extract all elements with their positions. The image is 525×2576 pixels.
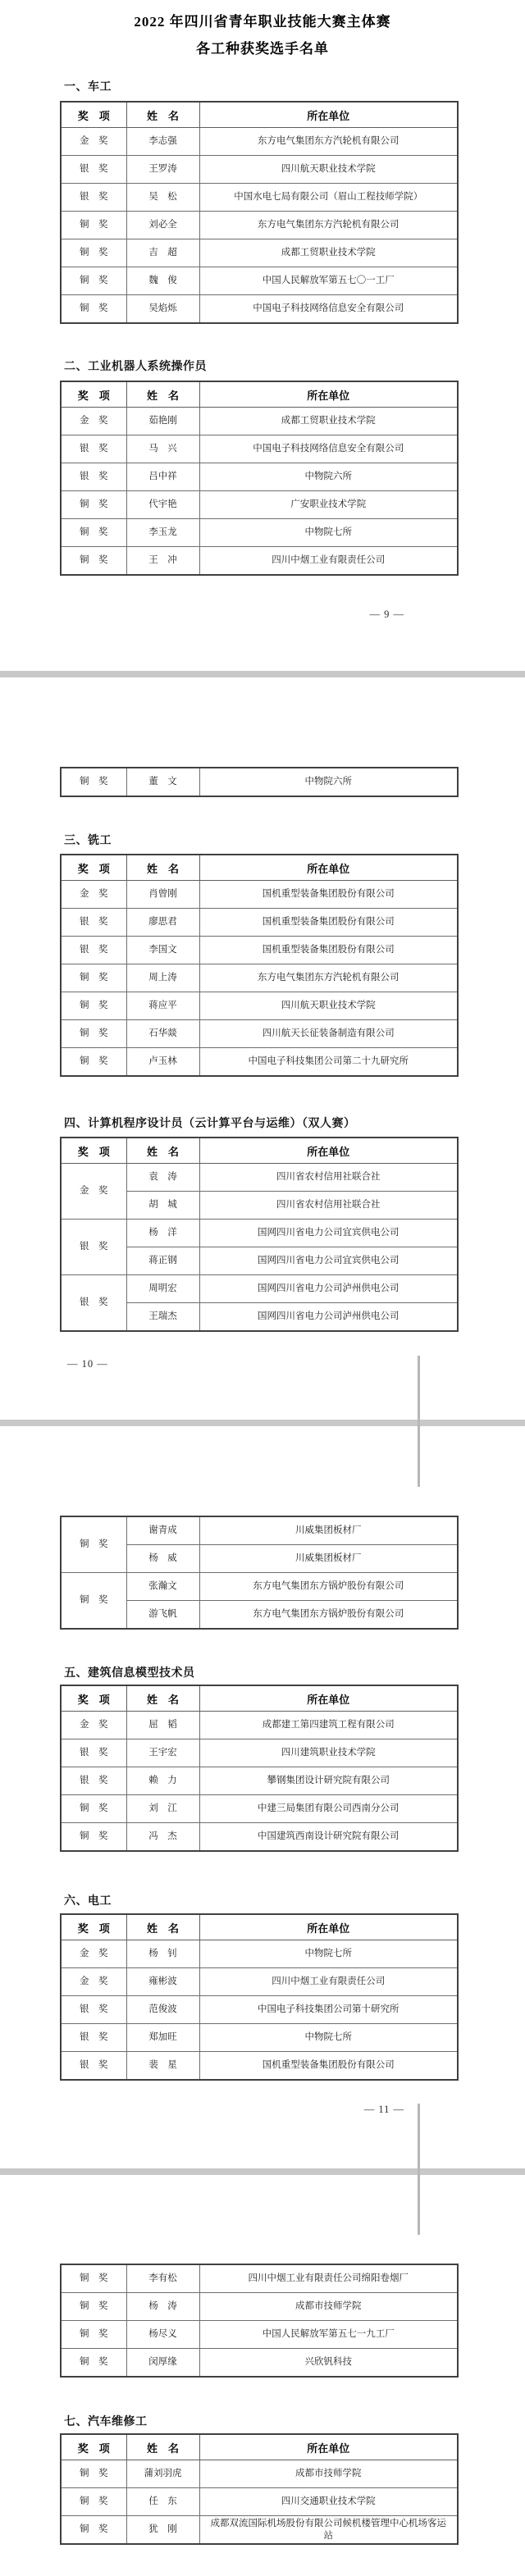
- award-cell: 铜 奖: [61, 239, 126, 267]
- award-cell: 金 奖: [61, 408, 126, 435]
- table-row: 铜 奖吴焰烁中国电子科技网络信息安全有限公司: [61, 295, 458, 324]
- name-cell: 范俊波: [126, 1996, 199, 2024]
- table-row: 金 奖屈 韬成都建工第四建筑工程有限公司: [61, 1712, 458, 1739]
- table-row: 金 奖袁 涛四川省农村信用社联合社: [61, 1164, 458, 1192]
- award-cell: 铜 奖: [61, 964, 126, 992]
- column-header: 姓 名: [126, 102, 199, 128]
- name-cell: 屈 韬: [126, 1712, 199, 1739]
- award-cell: 铜 奖: [61, 2264, 126, 2293]
- table-row: 铜 奖吉 超成都工贸职业技术学院: [61, 239, 458, 267]
- unit-cell: 中国电子科技网络信息安全有限公司: [199, 435, 458, 463]
- awards-table: 奖 项姓 名所在单位金 奖茹艳刚成都工贸职业技术学院银 奖马 兴中国电子科技网络…: [60, 381, 459, 576]
- name-cell: 雍彬波: [126, 1968, 199, 1996]
- name-cell: 任 东: [126, 2488, 199, 2516]
- table-row: 铜 奖杨尽义中国人民解放军第五七一九工厂: [61, 2321, 458, 2349]
- name-cell: 周明宏: [126, 1275, 199, 1303]
- name-cell: 吴焰烁: [126, 295, 199, 324]
- document: 2022 年四川省青年职业技能大赛主体赛各工种获奖选手名单 一、车工奖 项姓 名…: [0, 0, 525, 2576]
- unit-cell: 东方电气集团东方锅炉股份有限公司: [199, 1573, 458, 1601]
- section-heading: 四、计算机程序设计员（云计算平台与运维）（双人赛）: [64, 1117, 525, 1129]
- unit-cell: 东方电气集团东方汽轮机有限公司: [199, 128, 458, 156]
- unit-cell: 攀钢集团设计研究院有限公司: [199, 1767, 458, 1795]
- name-cell: 谢青成: [126, 1516, 199, 1545]
- unit-cell: 中国建筑西南设计研究院有限公司: [199, 1823, 458, 1852]
- table-row: 银 奖王罗涛四川航天职业技术学院: [61, 156, 458, 184]
- page-number: — 10 —: [67, 1358, 108, 1370]
- award-cell: 铜 奖: [61, 1573, 126, 1630]
- name-cell: 冯 杰: [126, 1823, 199, 1852]
- name-cell: 王宇宏: [126, 1739, 199, 1767]
- table-row: 铜 奖杨 涛成都市技师学院: [61, 2293, 458, 2321]
- awards-table: 奖 项姓 名所在单位金 奖袁 涛四川省农村信用社联合社胡 城四川省农村信用社联合…: [60, 1137, 459, 1332]
- table-row: 铜 奖犹 刚成都双流国际机场股份有限公司候机楼管理中心机场客运站: [61, 2516, 458, 2545]
- column-header: 姓 名: [126, 381, 199, 408]
- award-cell: 银 奖: [61, 1767, 126, 1795]
- award-cell: 金 奖: [61, 1164, 126, 1220]
- column-header: 姓 名: [126, 1138, 199, 1164]
- unit-cell: 广安职业技术学院: [199, 491, 458, 519]
- award-cell: 银 奖: [61, 156, 126, 184]
- unit-cell: 东方电气集团东方锅炉股份有限公司: [199, 1601, 458, 1630]
- unit-cell: 成都工贸职业技术学院: [199, 239, 458, 267]
- award-cell: 银 奖: [61, 909, 126, 937]
- vertical-scroll-artifact: [418, 2104, 420, 2235]
- table-header-row: 奖 项姓 名所在单位: [61, 2434, 458, 2460]
- awards-table: 铜 奖董 文中物院六所: [60, 767, 459, 797]
- name-cell: 胡 城: [126, 1192, 199, 1220]
- column-header: 所在单位: [199, 855, 458, 881]
- vertical-scroll-artifact: [418, 1356, 420, 1487]
- unit-cell: 四川交通职业技术学院: [199, 2488, 458, 2516]
- unit-cell: 国网四川省电力公司宜宾供电公司: [199, 1220, 458, 1247]
- name-cell: 杨 威: [126, 1545, 199, 1573]
- unit-cell: 东方电气集团东方汽轮机有限公司: [199, 212, 458, 239]
- column-header: 奖 项: [61, 1138, 126, 1164]
- name-cell: 蒋应平: [126, 992, 199, 1020]
- table-row: 铜 奖张瀚文东方电气集团东方锅炉股份有限公司: [61, 1573, 458, 1601]
- awards-table: 奖 项姓 名所在单位金 奖肖曾刚国机重型装备集团股份有限公司银 奖廖思君国机重型…: [60, 854, 459, 1077]
- award-cell: 铜 奖: [61, 1048, 126, 1077]
- name-cell: 裴 星: [126, 2052, 199, 2081]
- unit-cell: 东方电气集团东方汽轮机有限公司: [199, 964, 458, 992]
- name-cell: 杨 涛: [126, 2293, 199, 2321]
- column-header: 奖 项: [61, 855, 126, 881]
- award-cell: 铜 奖: [61, 1795, 126, 1823]
- table-row: 铜 奖冯 杰中国建筑西南设计研究院有限公司: [61, 1823, 458, 1852]
- column-header: 姓 名: [126, 855, 199, 881]
- table-header-row: 奖 项姓 名所在单位: [61, 1138, 458, 1164]
- name-cell: 王罗涛: [126, 156, 199, 184]
- unit-cell: 中国电子科技集团公司第二十九研究所: [199, 1048, 458, 1077]
- name-cell: 闵厚缘: [126, 2349, 199, 2378]
- table-row: 金 奖杨 钊中物院七所: [61, 1940, 458, 1968]
- page-12: 铜 奖李有松四川中烟工业有限责任公司绵阳卷烟厂铜 奖杨 涛成都市技师学院铜 奖杨…: [0, 2175, 525, 2576]
- page-9-content: 2022 年四川省青年职业技能大赛主体赛各工种获奖选手名单 一、车工奖 项姓 名…: [0, 8, 525, 576]
- table-row: 金 奖肖曾刚国机重型装备集团股份有限公司: [61, 881, 458, 909]
- table-row: 铜 奖卢玉林中国电子科技集团公司第二十九研究所: [61, 1048, 458, 1077]
- award-cell: 铜 奖: [61, 519, 126, 547]
- table-header-row: 奖 项姓 名所在单位: [61, 1685, 458, 1712]
- table-row: 银 奖裴 星国机重型装备集团股份有限公司: [61, 2052, 458, 2081]
- name-cell: 卢玉林: [126, 1048, 199, 1077]
- section-heading: 六、电工: [64, 1894, 525, 1907]
- page-12-content: 铜 奖李有松四川中烟工业有限责任公司绵阳卷烟厂铜 奖杨 涛成都市技师学院铜 奖杨…: [0, 2264, 525, 2545]
- unit-cell: 四川建筑职业技术学院: [199, 1739, 458, 1767]
- unit-cell: 中物院七所: [199, 519, 458, 547]
- award-cell: 金 奖: [61, 881, 126, 909]
- name-cell: 李国文: [126, 937, 199, 964]
- unit-cell: 国机重型装备集团股份有限公司: [199, 937, 458, 964]
- name-cell: 杨 钊: [126, 1940, 199, 1968]
- table-row: 铜 奖魏 俊中国人民解放军第五七〇一工厂: [61, 267, 458, 295]
- award-cell: 铜 奖: [61, 768, 126, 796]
- table-row: 铜 奖石华燚四川航天长征装备制造有限公司: [61, 1020, 458, 1048]
- table-row: 银 奖廖思君国机重型装备集团股份有限公司: [61, 909, 458, 937]
- table-header-row: 奖 项姓 名所在单位: [61, 381, 458, 408]
- table-row: 铜 奖蒲刘羽虎成都市技师学院: [61, 2460, 458, 2488]
- unit-cell: 国网四川省电力公司泸州供电公司: [199, 1303, 458, 1332]
- unit-cell: 四川中烟工业有限责任公司: [199, 1968, 458, 1996]
- page-11-content: 铜 奖谢青成川威集团板材厂杨 威川威集团板材厂铜 奖张瀚文东方电气集团东方锅炉股…: [0, 1516, 525, 2081]
- awards-table: 奖 项姓 名所在单位金 奖屈 韬成都建工第四建筑工程有限公司银 奖王宇宏四川建筑…: [60, 1685, 459, 1852]
- column-header: 奖 项: [61, 1914, 126, 1940]
- unit-cell: 中国水电七局有限公司（眉山工程技师学院）: [199, 184, 458, 212]
- section-heading: 三、铣工: [64, 834, 525, 846]
- section-heading: 二、工业机器人系统操作员: [64, 360, 525, 372]
- unit-cell: 川威集团板材厂: [199, 1545, 458, 1573]
- name-cell: 张瀚文: [126, 1573, 199, 1601]
- name-cell: 石华燚: [126, 1020, 199, 1048]
- table-row: 铜 奖任 东四川交通职业技术学院: [61, 2488, 458, 2516]
- unit-cell: 四川航天职业技术学院: [199, 992, 458, 1020]
- award-cell: 银 奖: [61, 2052, 126, 2081]
- table-row: 铜 奖刘 江中建三局集团有限公司西南分公司: [61, 1795, 458, 1823]
- column-header: 奖 项: [61, 1685, 126, 1712]
- unit-cell: 中国人民解放军第五七〇一工厂: [199, 267, 458, 295]
- column-header: 姓 名: [126, 1914, 199, 1940]
- award-cell: 铜 奖: [61, 2460, 126, 2488]
- unit-cell: 中国电子科技集团公司第十研究所: [199, 1996, 458, 2024]
- table-row: 银 奖赖 力攀钢集团设计研究院有限公司: [61, 1767, 458, 1795]
- name-cell: 郑加旺: [126, 2024, 199, 2052]
- unit-cell: 国机重型装备集团股份有限公司: [199, 909, 458, 937]
- award-cell: 银 奖: [61, 463, 126, 491]
- table-row: 铜 奖谢青成川威集团板材厂: [61, 1516, 458, 1545]
- unit-cell: 国网四川省电力公司泸州供电公司: [199, 1275, 458, 1303]
- unit-cell: 成都市技师学院: [199, 2460, 458, 2488]
- page-gap: [0, 2168, 525, 2175]
- name-cell: 王瑞杰: [126, 1303, 199, 1332]
- column-header: 奖 项: [61, 381, 126, 408]
- award-cell: 铜 奖: [61, 295, 126, 324]
- award-cell: 铜 奖: [61, 2321, 126, 2349]
- name-cell: 魏 俊: [126, 267, 199, 295]
- award-cell: 银 奖: [61, 1739, 126, 1767]
- column-header: 所在单位: [199, 102, 458, 128]
- unit-cell: 四川航天职业技术学院: [199, 156, 458, 184]
- name-cell: 袁 涛: [126, 1164, 199, 1192]
- award-cell: 银 奖: [61, 1220, 126, 1275]
- page-11: 铜 奖谢青成川威集团板材厂杨 威川威集团板材厂铜 奖张瀚文东方电气集团东方锅炉股…: [0, 1426, 525, 2168]
- awards-table: 奖 项姓 名所在单位铜 奖蒲刘羽虎成都市技师学院铜 奖任 东四川交通职业技术学院…: [60, 2433, 459, 2545]
- unit-cell: 成都工贸职业技术学院: [199, 408, 458, 435]
- page-number: — 9 —: [370, 609, 405, 621]
- award-cell: 铜 奖: [61, 547, 126, 576]
- column-header: 奖 项: [61, 102, 126, 128]
- award-cell: 金 奖: [61, 1940, 126, 1968]
- awards-table: 铜 奖谢青成川威集团板材厂杨 威川威集团板材厂铜 奖张瀚文东方电气集团东方锅炉股…: [60, 1516, 459, 1630]
- document-title: 2022 年四川省青年职业技能大赛主体赛各工种获奖选手名单: [0, 8, 525, 62]
- unit-cell: 中物院七所: [199, 1940, 458, 1968]
- table-row: 铜 奖蒋应平四川航天职业技术学院: [61, 992, 458, 1020]
- name-cell: 廖思君: [126, 909, 199, 937]
- unit-cell: 四川航天长征装备制造有限公司: [199, 1020, 458, 1048]
- table-row: 铜 奖刘必全东方电气集团东方汽轮机有限公司: [61, 212, 458, 239]
- unit-cell: 四川省农村信用社联合社: [199, 1164, 458, 1192]
- award-cell: 银 奖: [61, 2024, 126, 2052]
- award-cell: 铜 奖: [61, 2293, 126, 2321]
- unit-cell: 成都建工第四建筑工程有限公司: [199, 1712, 458, 1739]
- name-cell: 李玉龙: [126, 519, 199, 547]
- unit-cell: 成都市技师学院: [199, 2293, 458, 2321]
- table-row: 铜 奖代宇艳广安职业技术学院: [61, 491, 458, 519]
- name-cell: 王 冲: [126, 547, 199, 576]
- unit-cell: 中建三局集团有限公司西南分公司: [199, 1795, 458, 1823]
- table-row: 金 奖李志强东方电气集团东方汽轮机有限公司: [61, 128, 458, 156]
- unit-cell: 中国人民解放军第五七一九工厂: [199, 2321, 458, 2349]
- unit-cell: 国机重型装备集团股份有限公司: [199, 881, 458, 909]
- unit-cell: 中物院六所: [199, 768, 458, 796]
- table-row: 银 奖吴 松中国水电七局有限公司（眉山工程技师学院）: [61, 184, 458, 212]
- unit-cell: 中物院七所: [199, 2024, 458, 2052]
- column-header: 所在单位: [199, 381, 458, 408]
- award-cell: 银 奖: [61, 1996, 126, 2024]
- table-row: 铜 奖李有松四川中烟工业有限责任公司绵阳卷烟厂: [61, 2264, 458, 2293]
- table-row: 银 奖吕中祥中物院六所: [61, 463, 458, 491]
- name-cell: 周上涛: [126, 964, 199, 992]
- page-gap: [0, 671, 525, 677]
- table-row: 铜 奖周上涛东方电气集团东方汽轮机有限公司: [61, 964, 458, 992]
- award-cell: 铜 奖: [61, 491, 126, 519]
- column-header: 所在单位: [199, 2434, 458, 2460]
- award-cell: 银 奖: [61, 1275, 126, 1332]
- document-title-line1: 2022 年四川省青年职业技能大赛主体赛: [0, 8, 525, 35]
- column-header: 姓 名: [126, 2434, 199, 2460]
- unit-cell: 中国电子科技网络信息安全有限公司: [199, 295, 458, 324]
- name-cell: 杨 洋: [126, 1220, 199, 1247]
- unit-cell: 成都双流国际机场股份有限公司候机楼管理中心机场客运站: [199, 2516, 458, 2545]
- name-cell: 茹艳刚: [126, 408, 199, 435]
- award-cell: 金 奖: [61, 128, 126, 156]
- column-header: 所在单位: [199, 1914, 458, 1940]
- name-cell: 李志强: [126, 128, 199, 156]
- unit-cell: 四川中烟工业有限责任公司: [199, 547, 458, 576]
- section-heading: 一、车工: [64, 80, 525, 93]
- award-cell: 铜 奖: [61, 212, 126, 239]
- unit-cell: 中物院六所: [199, 463, 458, 491]
- award-cell: 铜 奖: [61, 992, 126, 1020]
- table-row: 铜 奖董 文中物院六所: [61, 768, 458, 796]
- award-cell: 铜 奖: [61, 1823, 126, 1852]
- award-cell: 银 奖: [61, 937, 126, 964]
- name-cell: 肖曾刚: [126, 881, 199, 909]
- award-cell: 铜 奖: [61, 2488, 126, 2516]
- award-cell: 铜 奖: [61, 1020, 126, 1048]
- award-cell: 铜 奖: [61, 267, 126, 295]
- table-row: 银 奖周明宏国网四川省电力公司泸州供电公司: [61, 1275, 458, 1303]
- table-row: 银 奖王宇宏四川建筑职业技术学院: [61, 1739, 458, 1767]
- table-header-row: 奖 项姓 名所在单位: [61, 855, 458, 881]
- table-row: 金 奖雍彬波四川中烟工业有限责任公司: [61, 1968, 458, 1996]
- award-cell: 金 奖: [61, 1968, 126, 1996]
- name-cell: 刘 江: [126, 1795, 199, 1823]
- award-cell: 铜 奖: [61, 1516, 126, 1573]
- unit-cell: 兴欣钒科技: [199, 2349, 458, 2378]
- awards-table: 奖 项姓 名所在单位金 奖杨 钊中物院七所金 奖雍彬波四川中烟工业有限责任公司银…: [60, 1913, 459, 2081]
- name-cell: 犹 刚: [126, 2516, 199, 2545]
- awards-table: 奖 项姓 名所在单位金 奖李志强东方电气集团东方汽轮机有限公司银 奖王罗涛四川航…: [60, 101, 459, 324]
- table-row: 金 奖茹艳刚成都工贸职业技术学院: [61, 408, 458, 435]
- award-cell: 铜 奖: [61, 2349, 126, 2378]
- award-cell: 银 奖: [61, 184, 126, 212]
- page-gap: [0, 1420, 525, 1426]
- table-row: 银 奖马 兴中国电子科技网络信息安全有限公司: [61, 435, 458, 463]
- award-cell: 银 奖: [61, 435, 126, 463]
- table-row: 铜 奖王 冲四川中烟工业有限责任公司: [61, 547, 458, 576]
- award-cell: 金 奖: [61, 1712, 126, 1739]
- table-row: 银 奖杨 洋国网四川省电力公司宜宾供电公司: [61, 1220, 458, 1247]
- name-cell: 吉 超: [126, 239, 199, 267]
- table-row: 银 奖郑加旺中物院七所: [61, 2024, 458, 2052]
- name-cell: 刘必全: [126, 212, 199, 239]
- page-10: 铜 奖董 文中物院六所三、铣工奖 项姓 名所在单位金 奖肖曾刚国机重型装备集团股…: [0, 677, 525, 1420]
- name-cell: 李有松: [126, 2264, 199, 2293]
- table-row: 铜 奖闵厚缘兴欣钒科技: [61, 2349, 458, 2378]
- table-row: 银 奖范俊波中国电子科技集团公司第十研究所: [61, 1996, 458, 2024]
- name-cell: 董 文: [126, 768, 199, 796]
- name-cell: 吕中祥: [126, 463, 199, 491]
- name-cell: 代宇艳: [126, 491, 199, 519]
- unit-cell: 川威集团板材厂: [199, 1516, 458, 1545]
- table-header-row: 奖 项姓 名所在单位: [61, 1914, 458, 1940]
- page-10-content: 铜 奖董 文中物院六所三、铣工奖 项姓 名所在单位金 奖肖曾刚国机重型装备集团股…: [0, 767, 525, 1332]
- name-cell: 蒋正钢: [126, 1247, 199, 1275]
- column-header: 姓 名: [126, 1685, 199, 1712]
- award-cell: 铜 奖: [61, 2516, 126, 2545]
- document-title-line2: 各工种获奖选手名单: [0, 35, 525, 62]
- page-number: — 11 —: [364, 2104, 404, 2116]
- table-header-row: 奖 项姓 名所在单位: [61, 102, 458, 128]
- column-header: 奖 项: [61, 2434, 126, 2460]
- unit-cell: 国机重型装备集团股份有限公司: [199, 2052, 458, 2081]
- unit-cell: 四川省农村信用社联合社: [199, 1192, 458, 1220]
- name-cell: 马 兴: [126, 435, 199, 463]
- awards-table: 铜 奖李有松四川中烟工业有限责任公司绵阳卷烟厂铜 奖杨 涛成都市技师学院铜 奖杨…: [60, 2264, 459, 2378]
- section-heading: 五、建筑信息模型技术员: [64, 1666, 525, 1679]
- name-cell: 赖 力: [126, 1767, 199, 1795]
- table-row: 铜 奖李玉龙中物院七所: [61, 519, 458, 547]
- table-row: 银 奖李国文国机重型装备集团股份有限公司: [61, 937, 458, 964]
- name-cell: 杨尽义: [126, 2321, 199, 2349]
- unit-cell: 国网四川省电力公司宜宾供电公司: [199, 1247, 458, 1275]
- unit-cell: 四川中烟工业有限责任公司绵阳卷烟厂: [199, 2264, 458, 2293]
- page-9: 2022 年四川省青年职业技能大赛主体赛各工种获奖选手名单 一、车工奖 项姓 名…: [0, 0, 525, 671]
- column-header: 所在单位: [199, 1685, 458, 1712]
- column-header: 所在单位: [199, 1138, 458, 1164]
- name-cell: 蒲刘羽虎: [126, 2460, 199, 2488]
- name-cell: 游飞帆: [126, 1601, 199, 1630]
- name-cell: 吴 松: [126, 184, 199, 212]
- section-heading: 七、汽车维修工: [64, 2415, 525, 2428]
